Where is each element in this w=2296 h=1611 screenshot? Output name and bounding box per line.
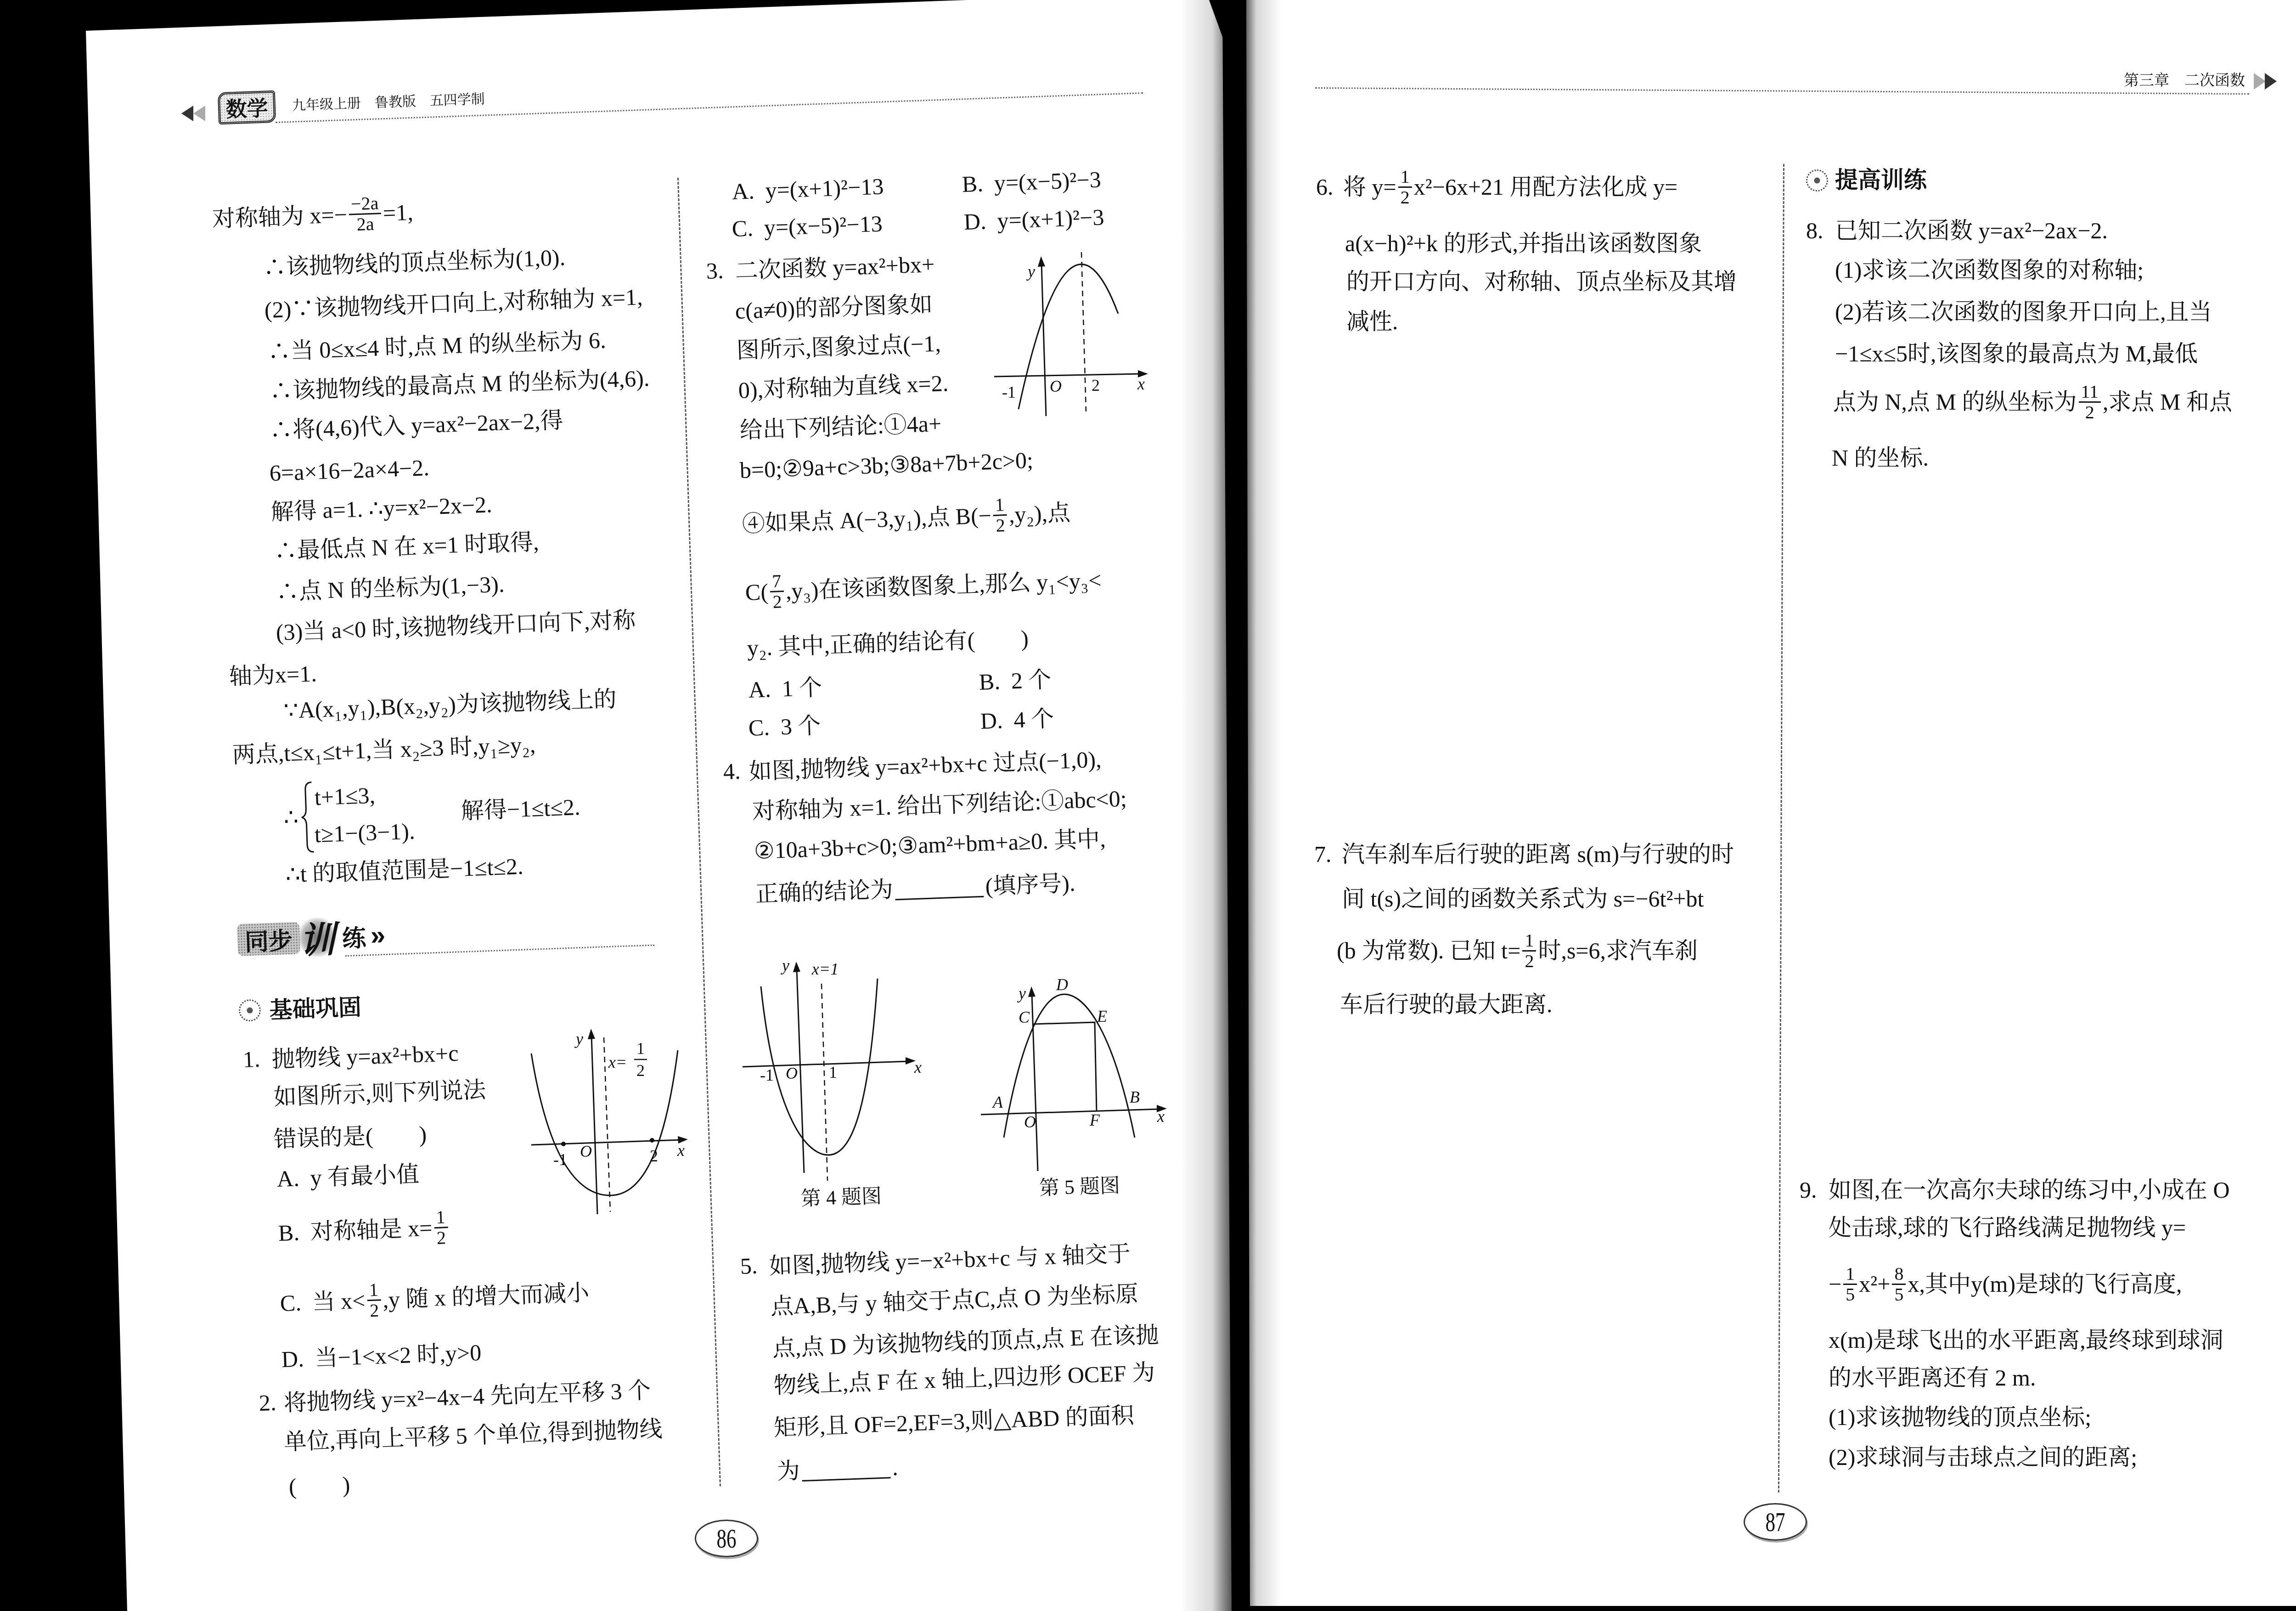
- question-text-line: 将 y= 12 x²−6x+21 用配方法化成 y=: [1343, 173, 1677, 201]
- fraction-numerator: 1: [1522, 931, 1536, 952]
- question-number: 9.: [1800, 1176, 1817, 1204]
- double-arrow-right-icon: [2252, 71, 2279, 91]
- text-segment: x²−6x+21 用配方法化成 y=: [1414, 173, 1678, 201]
- question-text-line: 的水平距离还有 2 m.: [1829, 1364, 2036, 1391]
- question-text-line: −1≤x≤5时,该图象的最高点为 M,最低: [1835, 340, 2198, 367]
- text-segment: −: [1829, 1270, 1841, 1298]
- question-text-line: N 的坐标.: [1832, 444, 1929, 472]
- fraction-numerator: 8: [1892, 1264, 1906, 1285]
- question-number: 8.: [1806, 217, 1823, 244]
- text-segment: 点为 N,点 M 的纵坐标为: [1833, 388, 2077, 416]
- question-subpart-1: (1)求该抛物线的顶点坐标;: [1829, 1403, 2091, 1431]
- text-segment: (b 为常数). 已知 t=: [1337, 937, 1520, 964]
- fraction-denominator: 5: [1843, 1285, 1857, 1304]
- question-text-line: 减性.: [1346, 308, 1398, 335]
- question-subpart-2: (2)求球洞与击球点之间的距离;: [1829, 1443, 2137, 1471]
- text-segment: x²+: [1859, 1270, 1890, 1298]
- fraction-denominator: 2: [1398, 188, 1412, 207]
- subsection-badge-icon: [1806, 169, 1828, 192]
- question-number: 7.: [1314, 840, 1332, 868]
- question-text-line: (2)若该二次函数的图象开口向上,且当: [1835, 298, 2212, 326]
- question-text-line: (1)求该二次函数图象的对称轴;: [1835, 256, 2144, 284]
- question-text-line: 间 t(s)之间的函数关系式为 s=−6t²+bt: [1342, 885, 1704, 913]
- fraction-denominator: 2: [1522, 952, 1536, 971]
- question-text-line: − 15 x²+ 85 x,其中y(m)是球的飞行高度,: [1829, 1270, 2182, 1298]
- question-number: 6.: [1316, 173, 1334, 201]
- text-segment: x,其中y(m)是球的飞行高度,: [1908, 1270, 2182, 1298]
- fraction: 12: [1398, 167, 1412, 207]
- fraction: 12: [1522, 931, 1536, 971]
- fraction-numerator: 1: [1843, 1264, 1857, 1285]
- question-text-line: (b 为常数). 已知 t= 12 时,s=6,求汽车刹: [1337, 937, 1698, 964]
- page-number: 87: [1744, 1503, 1807, 1541]
- question-text-line: 汽车刹车后行驶的距离 s(m)与行驶的时: [1342, 840, 1734, 868]
- fraction-numerator: 1: [1398, 167, 1412, 188]
- text-segment: 时,s=6,求汽车刹: [1538, 937, 1698, 964]
- fraction-denominator: 2: [2083, 403, 2097, 422]
- question-text-line: x(m)是球飞出的水平距离,最终球到球洞: [1829, 1326, 2223, 1354]
- right-page: 第三章 二次函数 6. 将 y= 12 x²−6x+21 用配方法化成 y= a…: [0, 0, 2296, 1611]
- question-text-line: 已知二次函数 y=ax²−2ax−2.: [1835, 217, 2108, 244]
- text-segment: 将 y=: [1343, 173, 1396, 201]
- fraction: 85: [1892, 1264, 1906, 1304]
- question-text-line: 点为 N,点 M 的纵坐标为 112 ,求点 M 和点: [1833, 388, 2232, 416]
- fraction-denominator: 5: [1892, 1285, 1906, 1304]
- scanned-book-spread: 数学 九年级上册 鲁教版 五四学制 对称轴为 x=− −2a2a =1, ∴该抛…: [0, 0, 2296, 1611]
- page-number-text: 87: [1765, 1508, 1785, 1536]
- question-text-line: 车后行驶的最大距离.: [1340, 991, 1553, 1018]
- chapter-title: 第三章 二次函数: [2124, 71, 2245, 90]
- question-text-line: 如图,在一次高尔夫球的练习中,小成在 O: [1829, 1176, 2230, 1204]
- question-text-line: 处击球,球的飞行路线满足抛物线 y=: [1829, 1214, 2186, 1241]
- fraction-numerator: 11: [2079, 382, 2101, 403]
- question-text-line: a(x−h)²+k 的形式,并指出该函数图象: [1345, 230, 1702, 257]
- text-segment: ,求点 M 和点: [2103, 388, 2232, 416]
- question-text-line: 的开口方向、对称轴、顶点坐标及其增: [1346, 268, 1737, 295]
- fraction: 112: [2079, 382, 2101, 422]
- subsection-title: 提高训练: [1835, 166, 1927, 194]
- fraction: 15: [1843, 1264, 1857, 1304]
